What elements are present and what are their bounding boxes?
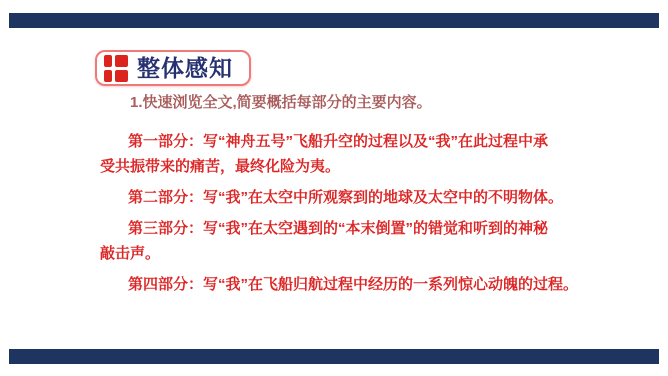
grid-squares-icon: [104, 55, 128, 82]
paragraph-line: 第一部分：写“神舟五号”飞船升空的过程以及“我”在此过程中承: [100, 129, 600, 154]
grid-square: [104, 70, 112, 82]
summary-paragraphs: 第一部分：写“神舟五号”飞船升空的过程以及“我”在此过程中承 受共振带来的痛苦，…: [100, 129, 600, 303]
slide-canvas: 整体感知 1.快速浏览全文,简要概括每部分的主要内容。 第一部分：写“神舟五号”…: [0, 0, 668, 376]
bottom-decorative-bar: [9, 349, 659, 364]
top-decorative-bar: [9, 13, 659, 28]
grid-square: [115, 55, 128, 67]
section-title-box: 整体感知: [95, 50, 251, 86]
paragraph-line: 第三部分：写“我”在太空遇到的“本末倒置”的错觉和听到的神秘: [100, 216, 600, 241]
intro-instruction: 1.快速浏览全文,简要概括每部分的主要内容。: [130, 91, 432, 112]
paragraph-line: 敲击声。: [100, 241, 600, 266]
paragraph-part2: 第二部分：写“我”在太空中所观察到的地球及太空中的不明物体。: [100, 185, 600, 210]
paragraph-part1: 第一部分：写“神舟五号”飞船升空的过程以及“我”在此过程中承 受共振带来的痛苦，…: [100, 129, 600, 179]
paragraph-part3: 第三部分：写“我”在太空遇到的“本末倒置”的错觉和听到的神秘 敲击声。: [100, 216, 600, 266]
section-title: 整体感知: [137, 57, 233, 80]
paragraph-line: 第四部分：写“我”在飞船归航过程中经历的一系列惊心动魄的过程。: [100, 272, 600, 297]
paragraph-line: 受共振带来的痛苦，最终化险为夷。: [100, 154, 600, 179]
paragraph-line: 第二部分：写“我”在太空中所观察到的地球及太空中的不明物体。: [100, 185, 600, 210]
grid-square: [115, 70, 128, 82]
paragraph-part4: 第四部分：写“我”在飞船归航过程中经历的一系列惊心动魄的过程。: [100, 272, 600, 297]
grid-square: [104, 55, 112, 67]
